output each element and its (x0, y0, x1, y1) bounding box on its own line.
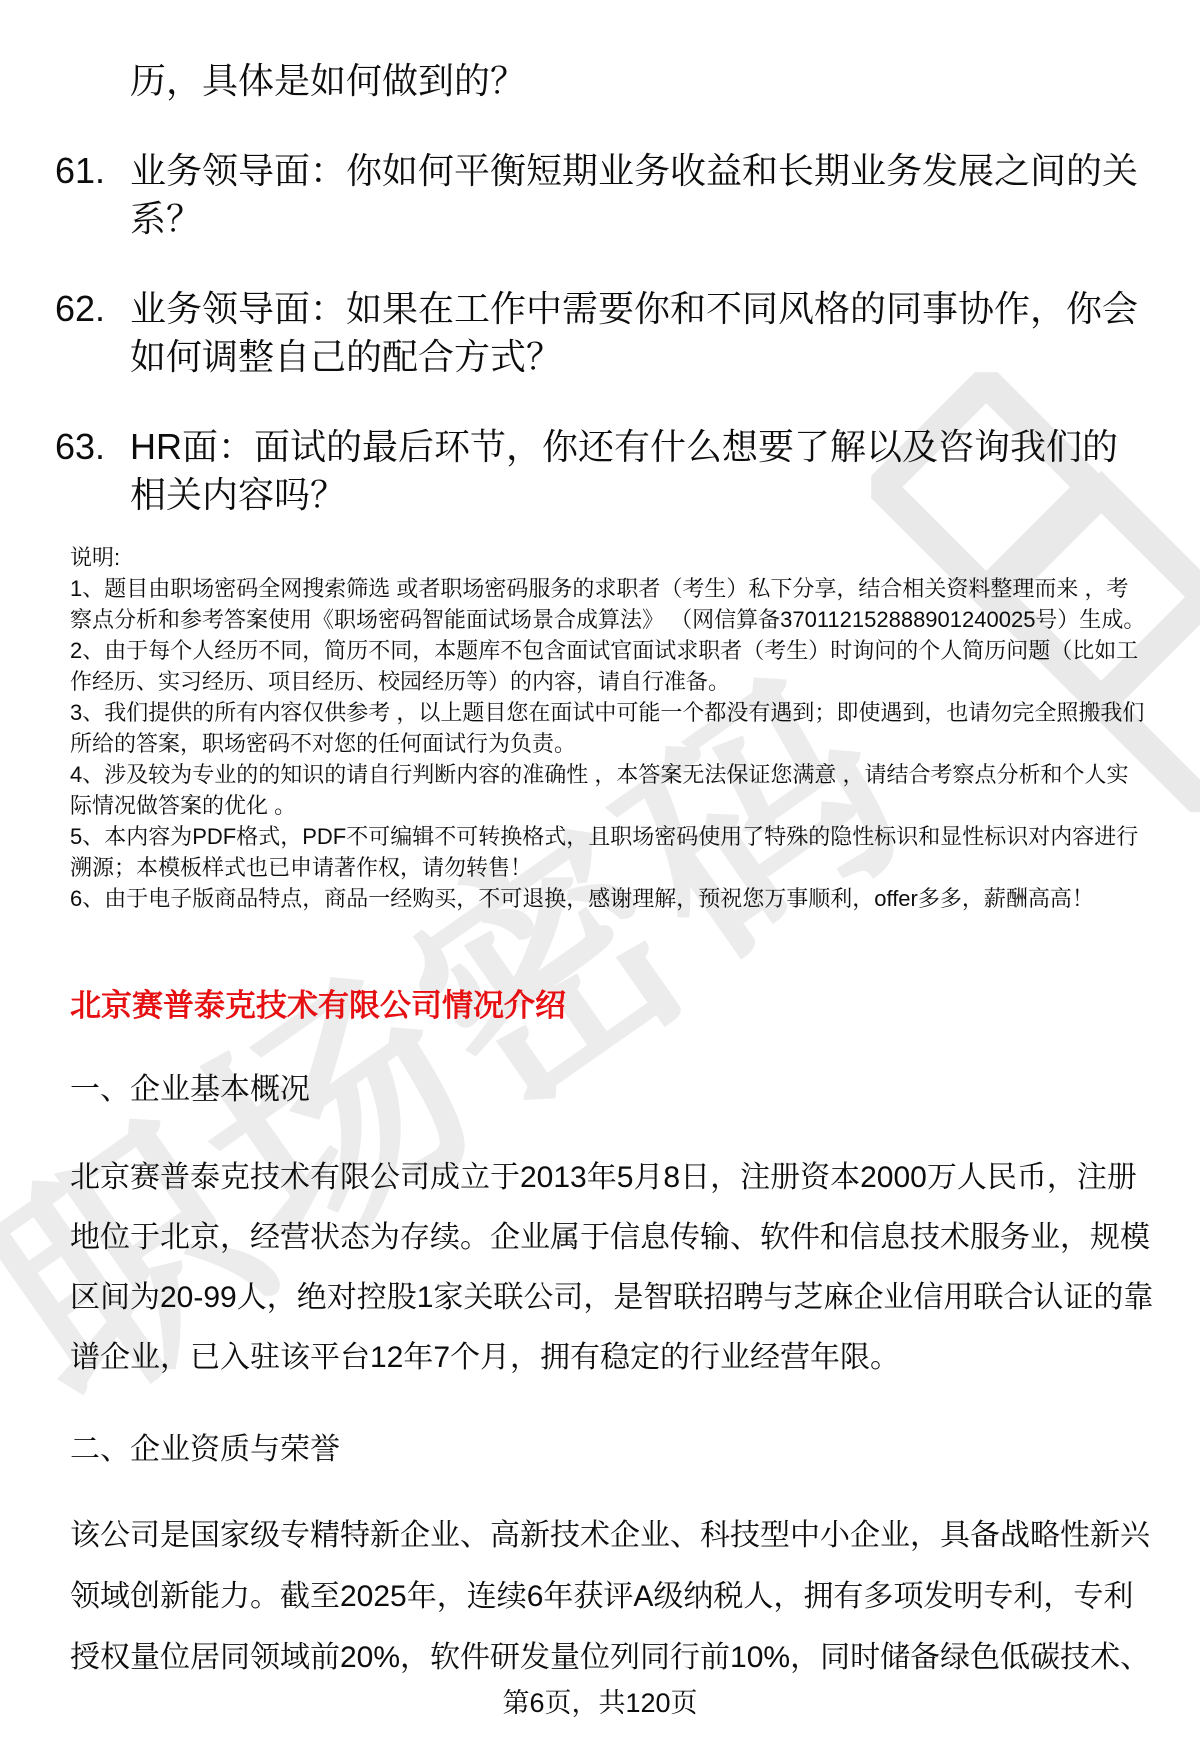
paragraph-qualifications: 该公司是国家级专精特新企业、高新技术企业、科技型中小企业，具备战略性新兴领域创新… (70, 1505, 1155, 1688)
question-item-62: 62. 业务领导面：如果在工作中需要你和不同风格的同事协作，你会如何调整自己的配… (0, 285, 1140, 381)
question-60-continuation: 历，具体是如何做到的？ (130, 57, 1140, 105)
paragraph-basic-overview: 北京赛普泰克技术有限公司成立于2013年5月8日，注册资本2000万人民币，注册… (70, 1148, 1155, 1388)
company-intro-heading: 北京赛普泰克技术有限公司情况介绍 (70, 988, 1155, 1024)
note-item-4: 4、涉及较为专业的的知识的请自行判断内容的准确性 ，本答案无法保证您满意 ，请结… (70, 759, 1147, 821)
question-item-61: 61. 业务领导面：你如何平衡短期业务收益和长期业务发展之间的关系？ (0, 147, 1140, 243)
notes-section: 说明: 1、题目由职场密码全网搜索筛选 或者职场密码服务的求职者（考生）私下分享… (70, 542, 1147, 914)
question-list: 历，具体是如何做到的？ 61. 业务领导面：你如何平衡短期业务收益和长期业务发展… (0, 57, 1200, 519)
question-number: 63. (55, 423, 105, 471)
question-text: 业务领导面：如果在工作中需要你和不同风格的同事协作，你会如何调整自己的配合方式？ (130, 288, 1138, 377)
section-title-basic-overview: 一、企业基本概况 (70, 1074, 310, 1106)
note-item-3: 3、我们提供的所有内容仅供参考 ，以上题目您在面试中可能一个都没有遇到；即使遇到… (70, 697, 1147, 759)
note-item-2: 2、由于每个人经历不同，简历不同，本题库不包含面试官面试求职者（考生）时询问的个… (70, 635, 1147, 697)
note-item-1: 1、题目由职场密码全网搜索筛选 或者职场密码服务的求职者（考生）私下分享，结合相… (70, 573, 1147, 635)
question-item-63: 63. HR面：面试的最后环节，你还有什么想要了解以及咨询我们的相关内容吗？ (0, 423, 1140, 519)
question-number: 61. (55, 147, 105, 195)
question-text: HR面：面试的最后环节，你还有什么想要了解以及咨询我们的相关内容吗？ (130, 426, 1118, 515)
note-item-6: 6、由于电子版商品特点，商品一经购买，不可退换，感谢理解，预祝您万事顺利，off… (70, 883, 1147, 914)
section-title-qualifications: 二、企业资质与荣誉 (70, 1434, 340, 1466)
question-text: 业务领导面：你如何平衡短期业务收益和长期业务发展之间的关系？ (130, 150, 1138, 239)
question-number: 62. (55, 285, 105, 333)
pdf-document-page: 职场密码 历，具体是如何做到的？ 61. 业务领导面：你如何平衡短期业务收益和长… (0, 0, 1200, 1755)
page-number-footer: 第6页，共120页 (0, 1686, 1200, 1720)
note-item-5: 5、本内容为PDF格式，PDF不可编辑不可转换格式，且职场密码使用了特殊的隐性标… (70, 821, 1147, 883)
notes-label: 说明: (70, 542, 1147, 573)
